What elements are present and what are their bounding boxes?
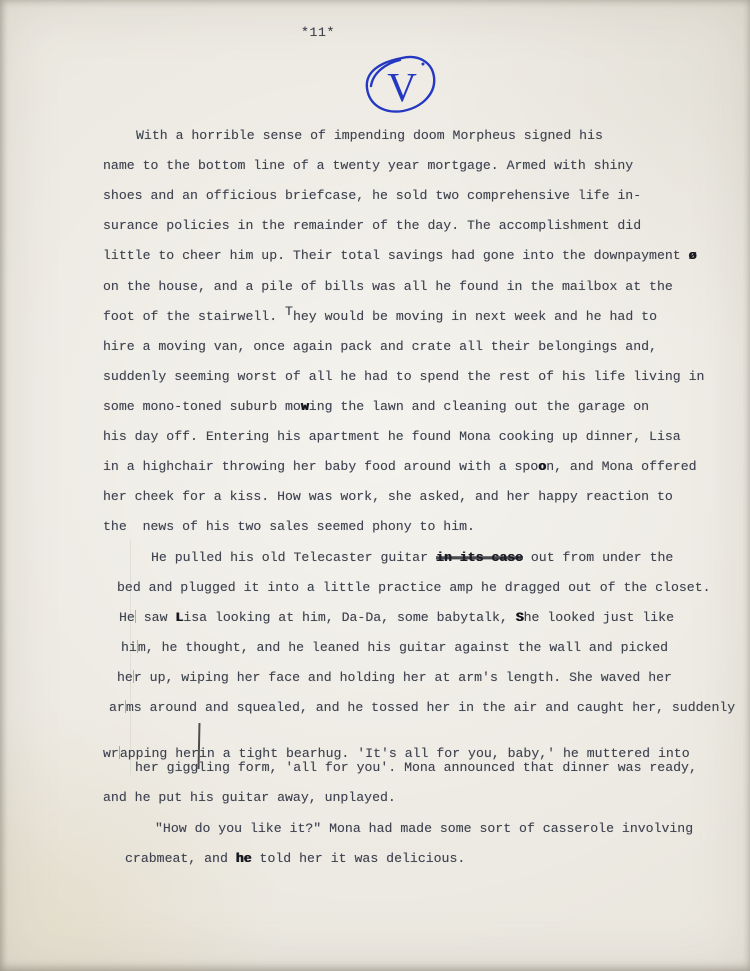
typed-line: in a highchair throwing her baby food ar… [103, 452, 735, 482]
typed-line: surance policies in the remainder of the… [103, 211, 735, 241]
typed-text-run: and he put his guitar away, unplayed. [103, 790, 396, 805]
typed-text-run: ms around and squealed, and he tossed he… [126, 700, 735, 715]
typed-text-run: her giggling form, 'all for you'. Mona a… [135, 760, 697, 775]
typed-text-run: He pulled his old Telecaster guitar [151, 550, 436, 565]
typed-text-run: he [117, 670, 133, 685]
typed-line: wrapping herin a tight bearhug. 'It's al… [103, 723, 735, 753]
typed-line: some mono-toned suburb mowing the lawn a… [103, 392, 735, 422]
typed-line: foot of the stairwell. They would be mov… [103, 302, 735, 332]
typed-line: her up, wiping her face and holding her … [103, 663, 735, 693]
typed-text-run: With a horrible sense of impending doom … [136, 128, 603, 143]
chapter-numeral: V [387, 64, 417, 110]
typed-line: her cheek for a kiss. How was work, she … [103, 482, 735, 512]
typed-line: arms around and squealed, and he tossed … [103, 693, 735, 723]
overtyped-text: w [301, 399, 309, 414]
typed-text-run: ar [109, 700, 125, 715]
typed-text: With a horrible sense of impending doom … [103, 121, 735, 874]
overtyped-text: he [236, 851, 252, 866]
typed-text-run: He [119, 610, 135, 625]
struck-out-text: in its case [436, 550, 523, 565]
typed-line: He saw Lisa looking at him, Da-Da, some … [103, 603, 735, 633]
manuscript-page: *11* V With a horrible sense of impendin… [0, 0, 750, 971]
typed-text-run: hire a moving van, once again pack and c… [103, 339, 657, 354]
typed-text-run: surance policies in the remainder of the… [103, 218, 641, 233]
typed-text-run: on the house, and a pile of bills was al… [103, 279, 673, 294]
typed-text-run: n, and Mona offered [546, 459, 696, 474]
page-number: *11* [301, 25, 335, 40]
typed-line: With a horrible sense of impending doom … [103, 121, 735, 151]
typed-text-run: out from under the [523, 550, 673, 565]
typed-line: little to cheer him up. Their total savi… [103, 241, 735, 271]
typed-text-run: some mono-toned suburb mo [103, 399, 301, 414]
typed-line: his day off. Entering his apartment he f… [103, 422, 735, 452]
typed-text-run: crabmeat, and [125, 851, 236, 866]
typed-line: shoes and an officious briefcase, he sol… [103, 181, 735, 211]
typed-text-run: hey would be moving in next week and he … [293, 309, 657, 324]
typed-text-run: suddenly seeming worst of all he had to … [103, 369, 704, 384]
raised-character: T [285, 304, 293, 319]
typed-text-run: foot of the stairwell. [103, 309, 285, 324]
typed-text-run: r up, wiping her face and holding her at… [134, 670, 672, 685]
typed-line: the news of his two sales seemed phony t… [103, 512, 735, 542]
typed-text-run: m, he thought, and he leaned his guitar … [138, 640, 668, 655]
typed-text-run: the news of his two sales seemed phony t… [103, 519, 475, 534]
typed-line: and he put his guitar away, unplayed. [103, 783, 735, 813]
typed-text-run: his day off. Entering his apartment he f… [103, 429, 681, 444]
overtyped-text: ø [689, 248, 697, 263]
typed-text-run: bed and plugged it into a little practic… [117, 580, 711, 595]
typed-text-run: "How do you like it?" Mona had made some… [155, 821, 693, 836]
typed-text-run: name to the bottom line of a twenty year… [103, 158, 633, 173]
typed-text-run: told her it was delicious. [252, 851, 466, 866]
typed-line: bed and plugged it into a little practic… [103, 573, 735, 603]
typed-line: "How do you like it?" Mona had made some… [103, 814, 735, 844]
typed-line: He pulled his old Telecaster guitar in i… [103, 543, 735, 573]
typed-line: crabmeat, and he told her it was delicio… [103, 844, 735, 874]
scanned-manuscript-screenshot: { "page": { "number_label": "*11*", "cha… [0, 0, 750, 971]
typed-text-run: in a highchair throwing her baby food ar… [103, 459, 538, 474]
typed-text-run: her cheek for a kiss. How was work, she … [103, 489, 673, 504]
typed-text-run: wr [103, 746, 119, 761]
overtyped-text: S [516, 610, 524, 625]
overtyped-text: o [538, 459, 546, 474]
typed-line: him, he thought, and he leaned his guita… [103, 633, 735, 663]
chapter-numeral-circled-icon: V [360, 53, 444, 119]
typed-line: hire a moving van, once again pack and c… [103, 332, 735, 362]
typed-line: name to the bottom line of a twenty year… [103, 151, 735, 181]
typed-text-run: saw [136, 610, 176, 625]
typed-line: suddenly seeming worst of all he had to … [103, 362, 735, 392]
typed-text-run: ing the lawn and cleaning out the garage… [309, 399, 649, 414]
typed-text-run: isa looking at him, Da-Da, some babytalk… [183, 610, 515, 625]
typed-text-run: shoes and an officious briefcase, he sol… [103, 188, 641, 203]
typed-line: on the house, and a pile of bills was al… [103, 272, 735, 302]
typed-text-run: little to cheer him up. Their total savi… [103, 248, 689, 263]
typed-text-run: he looked just like [524, 610, 674, 625]
typed-text-run: hi [121, 640, 137, 655]
